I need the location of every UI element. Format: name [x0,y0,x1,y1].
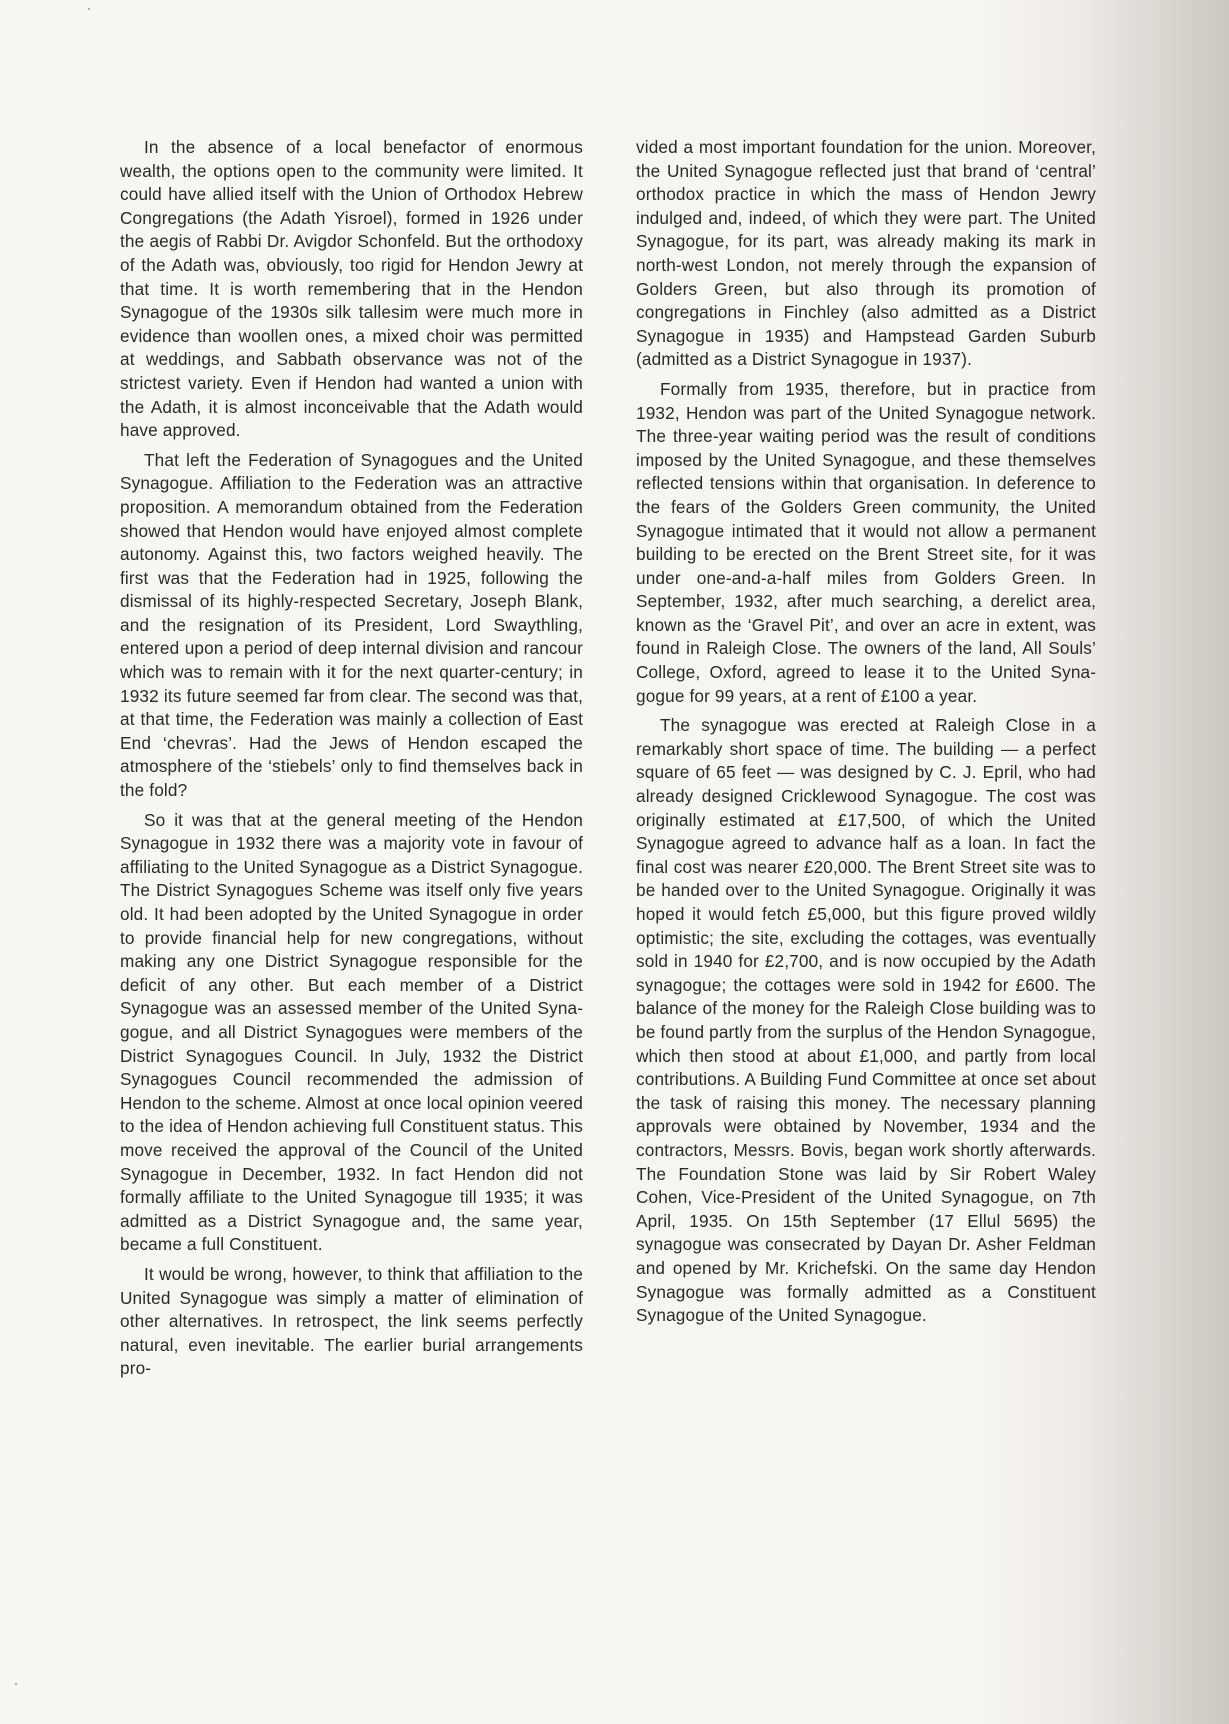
scan-speck [88,8,90,10]
scan-speck [15,1683,17,1685]
text-column-left: In the absence of a local benefactor of … [120,136,583,1387]
paragraph: It would be wrong, however, to think tha… [120,1263,583,1381]
paragraph: In the absence of a local benefactor of … [120,136,583,443]
paragraph-continued: vided a most important foundation for th… [636,136,1096,372]
paragraph: So it was that at the general meeting of… [120,809,583,1257]
paragraph: That left the Federation of Synagogues a… [120,449,583,803]
text-column-right: vided a most important foundation for th… [636,136,1096,1334]
paragraph: Formally from 1935, therefore, but in pr… [636,378,1096,708]
paragraph: The synagogue was erected at Raleigh Clo… [636,714,1096,1327]
document-page: In the absence of a local benefactor of … [0,0,1229,1724]
